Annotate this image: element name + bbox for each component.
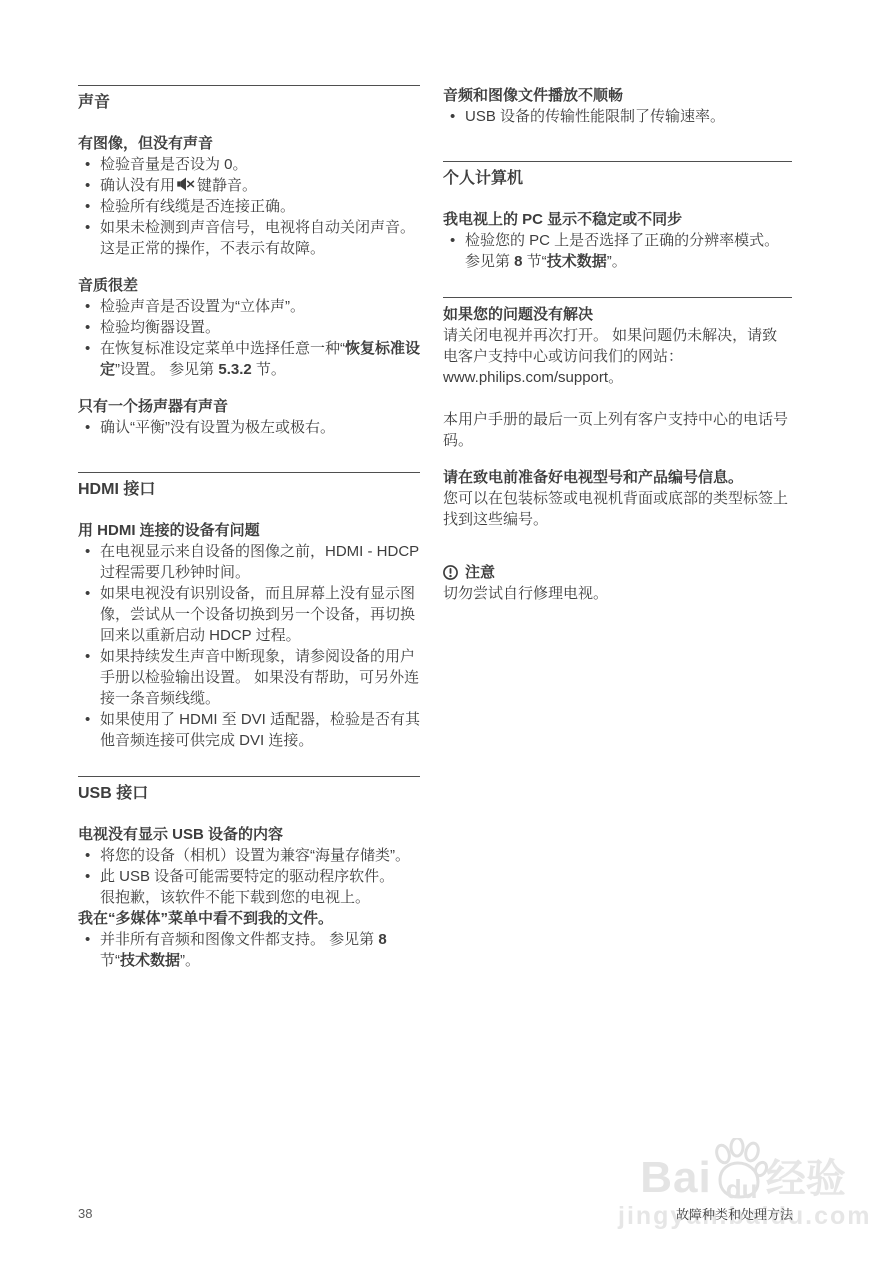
bullet-text: 这是正常的操作，不表示有故障。 bbox=[100, 238, 420, 259]
section-reference: 8 bbox=[514, 253, 522, 270]
list-item: 检验所有线缆是否连接正确。 bbox=[78, 196, 420, 217]
watermark-logo-text: du bbox=[726, 1179, 758, 1200]
bullet-list: 检验音量是否设为 0。 确认没有用 键静音。 检验所有线缆是否连接正确。 如果未… bbox=[78, 154, 420, 259]
bold-term: 技术数据 bbox=[120, 952, 180, 969]
bullet-text: 确认“平衡”没有设置为极左或极右。 bbox=[100, 419, 335, 436]
problem-heading: 请在致电前准备好电视型号和产品编号信息。 bbox=[443, 467, 792, 488]
bullet-text: 如果使用了 HDMI 至 DVI 适配器，检验是否有其他音频连接可供完成 DVI… bbox=[100, 711, 420, 749]
bullet-list: 并非所有音频和图像文件都支持。 参见第 8 节“技术数据”。 bbox=[78, 929, 420, 971]
list-item: 检验您的 PC 上是否选择了正确的分辨率模式。 参见第 8 节“技术数据”。 bbox=[443, 230, 792, 272]
bullet-text: 检验音量是否设为 0。 bbox=[100, 156, 248, 173]
list-item: 在电视显示来自设备的图像之前，HDMI - HDCP 过程需要几秒钟时间。 bbox=[78, 541, 420, 583]
list-item: 并非所有音频和图像文件都支持。 参见第 8 节“技术数据”。 bbox=[78, 929, 420, 971]
list-item: 如果持续发生声音中断现象，请参阅设备的用户手册以检验输出设置。 如果没有帮助，可… bbox=[78, 646, 420, 709]
mute-speaker-icon bbox=[177, 177, 195, 191]
section-divider bbox=[78, 776, 420, 777]
list-item: 在恢复标准设定菜单中选择任意一种“恢复标准设定”设置。 参见第 5.3.2 节。 bbox=[78, 338, 420, 380]
bullet-text: 节。 bbox=[252, 361, 286, 378]
bullet-text: 节“ bbox=[523, 253, 547, 270]
list-item: 如果未检测到声音信号，电视将自动关闭声音。 这是正常的操作，不表示有故障。 bbox=[78, 217, 420, 259]
problem-heading: 电视没有显示 USB 设备的内容 bbox=[78, 824, 420, 845]
bullet-list: 将您的设备（相机）设置为兼容“海量存储类”。 此 USB 设备可能需要特定的驱动… bbox=[78, 845, 420, 908]
section-reference: 5.3.2 bbox=[218, 361, 251, 378]
section-divider bbox=[78, 85, 420, 86]
caution-note: 注意 切勿尝试自行修理电视。 bbox=[443, 562, 792, 604]
bullet-text: 节“ bbox=[100, 952, 120, 969]
bullet-text: ”。 bbox=[607, 253, 627, 270]
section-title-pc: 个人计算机 bbox=[443, 168, 792, 190]
caution-icon bbox=[443, 565, 458, 580]
list-item: USB 设备的传输性能限制了传输速率。 bbox=[443, 106, 792, 127]
section-title-sound: 声音 bbox=[78, 92, 420, 114]
bullet-text: 如果未检测到声音信号，电视将自动关闭声音。 bbox=[100, 217, 420, 238]
bullet-list: 在电视显示来自设备的图像之前，HDMI - HDCP 过程需要几秒钟时间。 如果… bbox=[78, 541, 420, 751]
bullet-list: 确认“平衡”没有设置为极左或极右。 bbox=[78, 417, 420, 438]
list-item: 检验音量是否设为 0。 bbox=[78, 154, 420, 175]
footer-chapter-title: 故障种类和处理方法 bbox=[676, 1204, 793, 1225]
list-item: 检验声音是否设置为“立体声”。 bbox=[78, 296, 420, 317]
list-item: 确认“平衡”没有设置为极左或极右。 bbox=[78, 417, 420, 438]
bullet-list: 检验您的 PC 上是否选择了正确的分辨率模式。 参见第 8 节“技术数据”。 bbox=[443, 230, 792, 272]
watermark-logo: Bai du 经验 bbox=[618, 1138, 868, 1200]
watermark-logo-cn: 经验 bbox=[766, 1158, 846, 1200]
bullet-text: 如果持续发生声音中断现象，请参阅设备的用户手册以检验输出设置。 如果没有帮助，可… bbox=[100, 648, 419, 707]
bullet-text: 检验均衡器设置。 bbox=[100, 319, 220, 336]
caution-label: 注意 bbox=[465, 562, 495, 583]
bold-term: 技术数据 bbox=[547, 253, 607, 270]
bullet-text: USB 设备的传输性能限制了传输速率。 bbox=[465, 108, 725, 125]
paragraph-text: 请关闭电视并再次打开。 如果问题仍未解决，请致电客户支持中心或访问我们的网站： bbox=[443, 327, 777, 365]
bullet-text: 确认没有用 bbox=[100, 177, 175, 194]
watermark-paw: du bbox=[710, 1138, 768, 1200]
support-url: www.philips.com/support。 bbox=[443, 367, 792, 388]
list-item: 将您的设备（相机）设置为兼容“海量存储类”。 bbox=[78, 845, 420, 866]
paragraph: 本用户手册的最后一页上列有客户支持中心的电话号码。 bbox=[443, 409, 792, 451]
section-divider bbox=[443, 161, 792, 162]
list-item: 检验均衡器设置。 bbox=[78, 317, 420, 338]
bullet-text: 检验所有线缆是否连接正确。 bbox=[100, 198, 295, 215]
bullet-text: 检验声音是否设置为“立体声”。 bbox=[100, 298, 305, 315]
bullet-text: 如果电视没有识别设备，而且屏幕上没有显示图像，尝试从一个设备切换到另一个设备，再… bbox=[100, 585, 415, 644]
bullet-text: 此 USB 设备可能需要特定的驱动程序软件。 bbox=[100, 866, 420, 887]
bullet-text: 将您的设备（相机）设置为兼容“海量存储类”。 bbox=[100, 847, 410, 864]
bullet-text: 很抱歉，该软件不能下载到您的电视上。 bbox=[100, 887, 420, 908]
list-item: 如果电视没有识别设备，而且屏幕上没有显示图像，尝试从一个设备切换到另一个设备，再… bbox=[78, 583, 420, 646]
problem-heading: 如果您的问题没有解决 bbox=[443, 304, 792, 325]
caution-text: 切勿尝试自行修理电视。 bbox=[443, 583, 792, 604]
problem-heading: 音频和图像文件播放不顺畅 bbox=[443, 85, 792, 106]
problem-heading: 用 HDMI 连接的设备有问题 bbox=[78, 520, 420, 541]
page-number: 38 bbox=[78, 1203, 92, 1224]
list-item: 确认没有用 键静音。 bbox=[78, 175, 420, 196]
watermark-logo-text: Bai bbox=[640, 1156, 711, 1200]
bullet-list: 检验声音是否设置为“立体声”。 检验均衡器设置。 在恢复标准设定菜单中选择任意一… bbox=[78, 296, 420, 380]
section-title-usb: USB 接口 bbox=[78, 783, 420, 805]
bullet-text: ”设置。 参见第 bbox=[115, 361, 218, 378]
bullet-text: 在恢复标准设定菜单中选择任意一种“ bbox=[100, 340, 345, 357]
section-title-hdmi: HDMI 接口 bbox=[78, 479, 420, 501]
list-item: 此 USB 设备可能需要特定的驱动程序软件。 很抱歉，该软件不能下载到您的电视上… bbox=[78, 866, 420, 908]
bullet-text: ”。 bbox=[180, 952, 200, 969]
problem-heading: 只有一个扬声器有声音 bbox=[78, 396, 420, 417]
caution-heading: 注意 bbox=[443, 562, 792, 583]
section-divider bbox=[443, 297, 792, 298]
problem-heading: 音质很差 bbox=[78, 275, 420, 296]
bullet-text: 并非所有音频和图像文件都支持。 参见第 bbox=[100, 931, 378, 948]
section-divider bbox=[78, 472, 420, 473]
bullet-text: 在电视显示来自设备的图像之前，HDMI - HDCP 过程需要几秒钟时间。 bbox=[100, 543, 419, 581]
page-body: 声音 有图像，但没有声音 检验音量是否设为 0。 确认没有用 键静音。 检验所有… bbox=[78, 85, 792, 971]
bullet-text: 键静音。 bbox=[197, 177, 257, 194]
problem-heading: 我在“多媒体”菜单中看不到我的文件。 bbox=[78, 908, 420, 929]
problem-heading: 我电视上的 PC 显示不稳定或不同步 bbox=[443, 209, 792, 230]
paragraph: 请关闭电视并再次打开。 如果问题仍未解决，请致电客户支持中心或访问我们的网站： … bbox=[443, 325, 792, 388]
problem-heading: 有图像，但没有声音 bbox=[78, 133, 420, 154]
section-reference: 8 bbox=[378, 931, 386, 948]
right-column: 音频和图像文件播放不顺畅 USB 设备的传输性能限制了传输速率。 个人计算机 我… bbox=[443, 85, 792, 971]
left-column: 声音 有图像，但没有声音 检验音量是否设为 0。 确认没有用 键静音。 检验所有… bbox=[78, 85, 420, 971]
list-item: 如果使用了 HDMI 至 DVI 适配器，检验是否有其他音频连接可供完成 DVI… bbox=[78, 709, 420, 751]
paragraph: 您可以在包装标签或电视机背面或底部的类型标签上找到这些编号。 bbox=[443, 488, 792, 530]
bullet-list: USB 设备的传输性能限制了传输速率。 bbox=[443, 106, 792, 127]
